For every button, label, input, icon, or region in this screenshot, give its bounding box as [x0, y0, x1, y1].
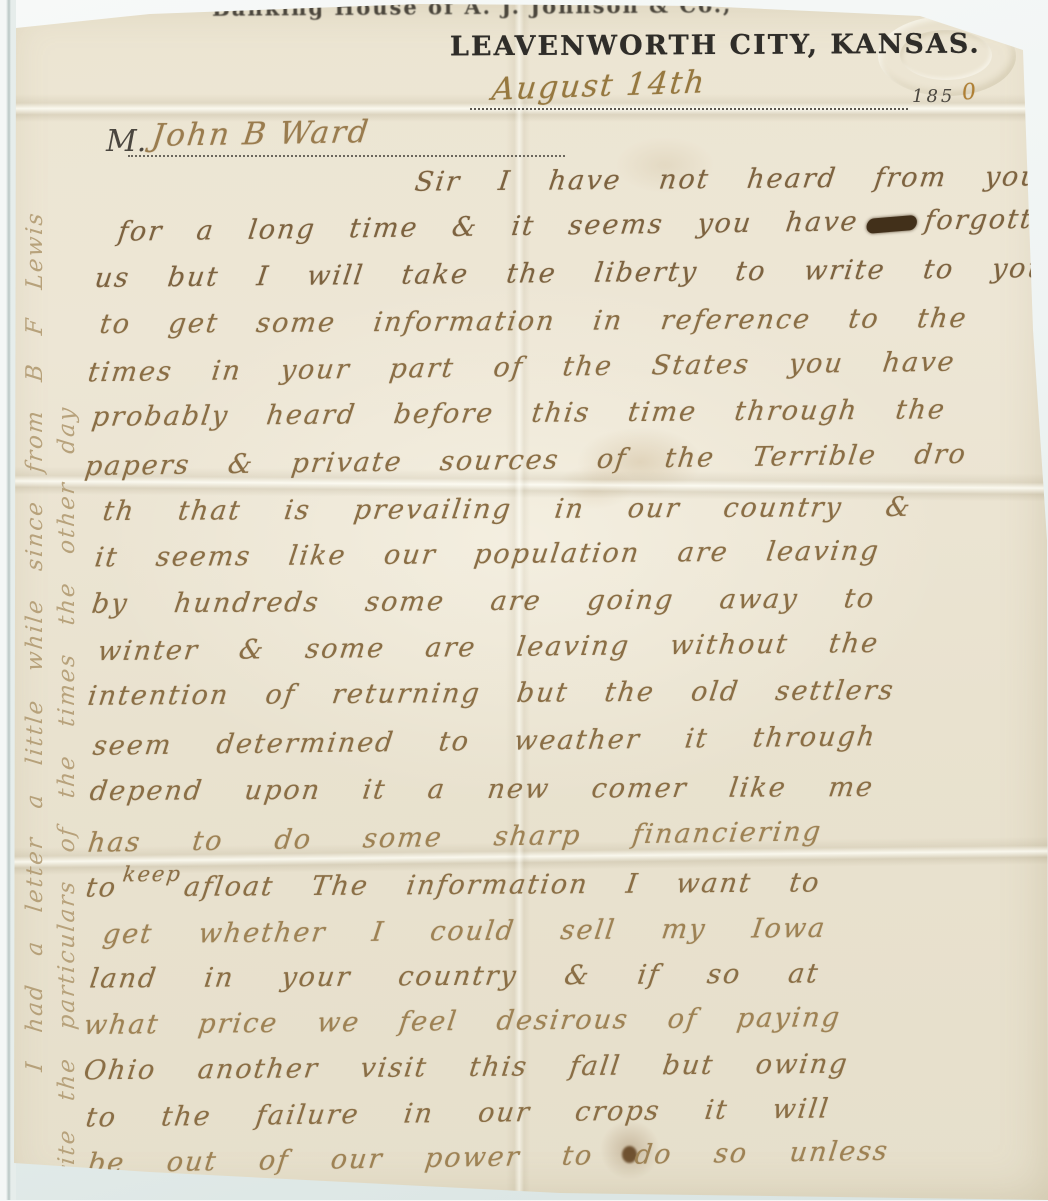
year-printed: 185: [912, 86, 955, 107]
body-line: winter & some are leaving without the: [96, 630, 881, 665]
addressee-printed-prefix: M.: [106, 124, 146, 159]
body-line-text: for a long time & it seems you have: [116, 206, 860, 247]
inserted-word: keep: [121, 864, 183, 885]
body-line: it seems like our population are leaving: [93, 538, 881, 572]
body-line: by hundreds some are going away to: [90, 585, 877, 617]
body-line: Sir I have not heard from you: [413, 163, 1041, 195]
year-handwritten: 0: [961, 79, 980, 106]
date-rule: [470, 108, 908, 110]
body-line: depend upon it a new comer like me: [88, 774, 876, 805]
body-line-text: afloat The information I want to: [182, 867, 823, 902]
addressee-name: John B Ward: [150, 114, 372, 154]
body-line: to get some information in reference to …: [98, 305, 969, 338]
body-line-text: to: [84, 872, 119, 903]
inked-out-word: [866, 215, 917, 234]
body-line-text: forgotten: [923, 203, 1048, 236]
body-line: tokeepafloat The information I want to: [84, 869, 822, 901]
body-line: us but I will take the liberty to write …: [93, 255, 1048, 292]
body-line: be out of our power to do so unless: [86, 1138, 890, 1178]
body-line: land in your country & if so at: [88, 960, 821, 992]
scanner-edge-strip: [0, 0, 16, 1200]
margin-note-line: I had a letter a little while since from…: [22, 210, 48, 1073]
body-line: Ohio another visit this fall but owing: [82, 1051, 850, 1085]
body-line: to the failure in our crops it will: [84, 1095, 831, 1131]
letterhead-firm-line: Banking House of A. J. Johnson & Co.,: [212, 0, 733, 21]
body-line: seem determined to weather it through: [91, 723, 878, 760]
body-line: has to do some sharp financiering: [86, 818, 823, 857]
body-line: what price we feel desirous of paying: [82, 1004, 842, 1039]
body-line: get whether I could sell my Iowa: [101, 915, 828, 948]
body-line: th that is prevailing in our country &: [101, 494, 913, 525]
letterhead-city-line: LEAVENWORTH CITY, KANSAS.: [450, 29, 981, 63]
body-line: papers & private sources of the Terrible…: [83, 441, 968, 480]
body-line: intention of returning but the old settl…: [86, 677, 896, 710]
margin-note-line: write the particulars of the times the o…: [54, 405, 80, 1200]
letter-page: Banking House of A. J. Johnson & Co., LE…: [0, 0, 1048, 1200]
body-line: probably heard before this time through …: [90, 396, 948, 430]
handwritten-date: August 14th: [490, 64, 708, 108]
body-line: for a long time & it seems you haveforgo…: [116, 205, 1048, 245]
body-line: times in your part of the States you hav…: [86, 349, 957, 387]
addressee-rule: [128, 155, 565, 157]
